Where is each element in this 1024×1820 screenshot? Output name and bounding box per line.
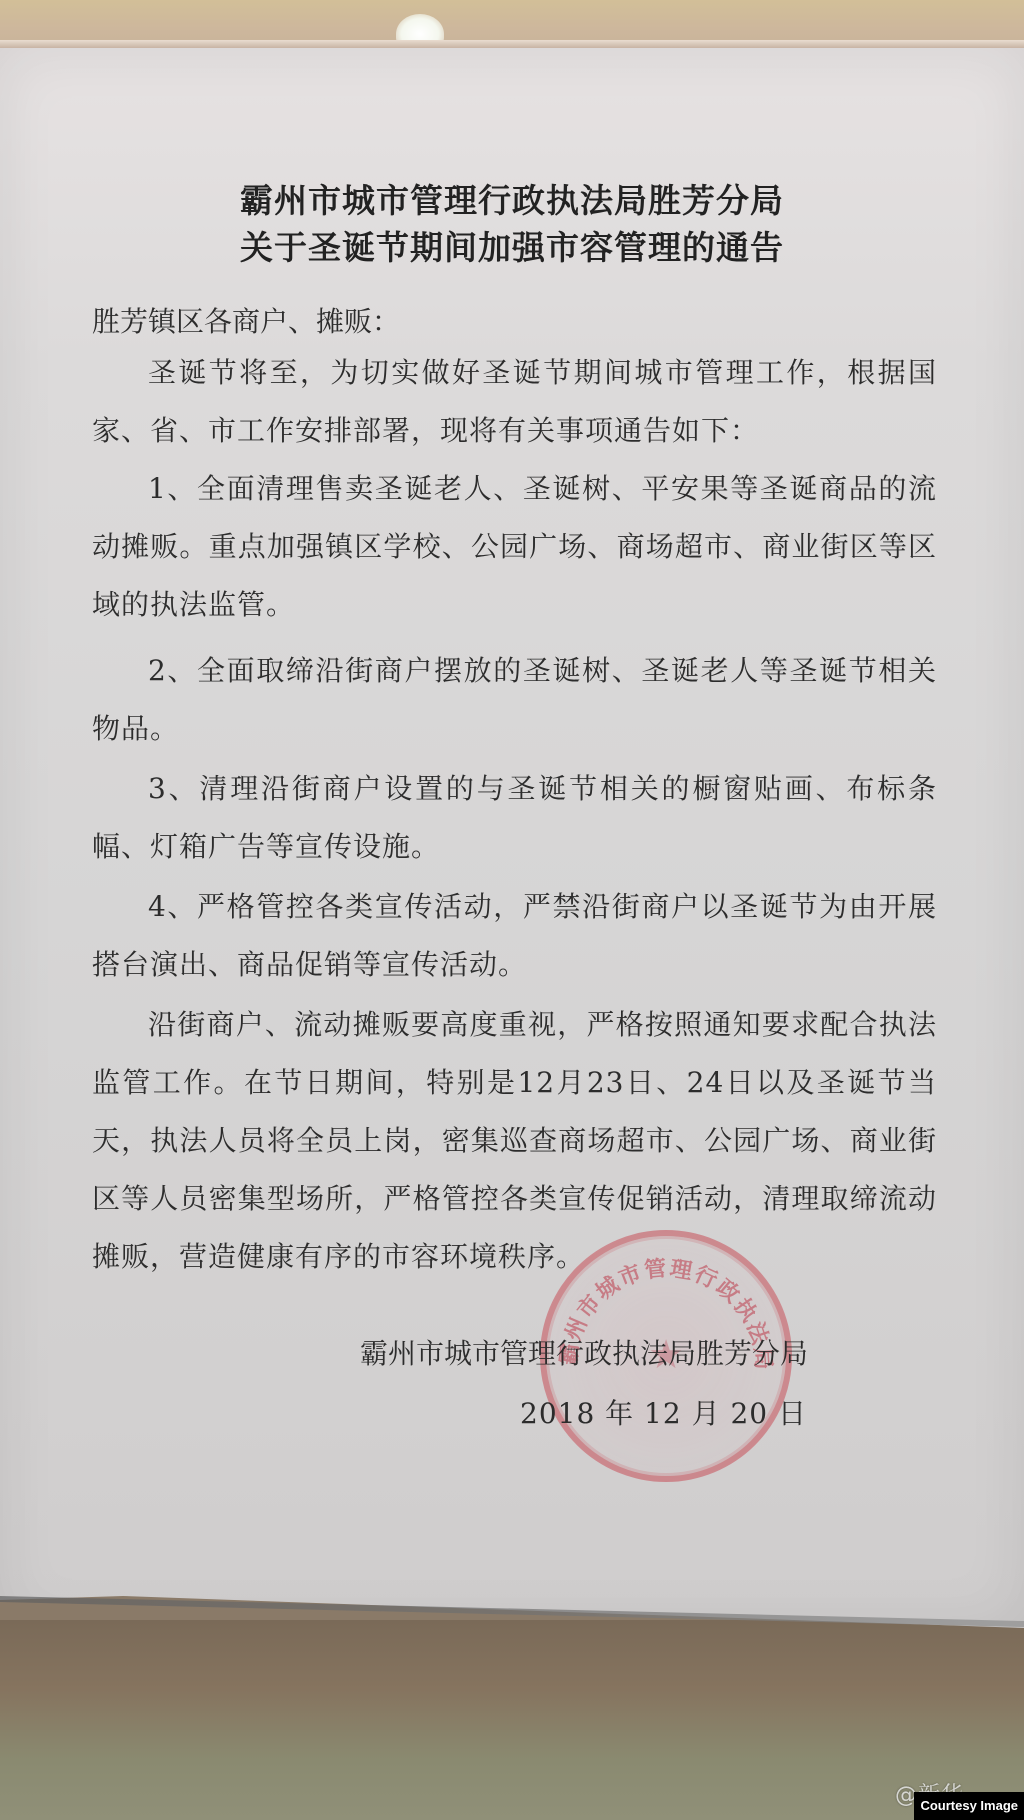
wall-rail xyxy=(0,40,1024,48)
notice-title-line1: 霸州市城市管理行政执法局胜芳分局 xyxy=(0,175,1024,222)
courtesy-label: Courtesy Image xyxy=(914,1792,1024,1820)
signature-date: 2018 年 12 月 20 日 xyxy=(520,1392,807,1432)
paragraph-intro: 圣诞节将至，为切实做好圣诞节期间城市管理工作，根据国家、省、市工作安排部署，现将… xyxy=(92,344,937,460)
paragraph-item-2: 2、全面取缔沿街商户摆放的圣诞树、圣诞老人等圣诞节相关物品。 xyxy=(92,642,937,758)
paragraph-item-4: 4、严格管控各类宣传活动，严禁沿街商户以圣诞节为由开展搭台演出、商品促销等宣传活… xyxy=(92,878,937,994)
paragraph-item-1: 1、全面清理售卖圣诞老人、圣诞树、平安果等圣诞商品的流动摊贩。重点加强镇区学校、… xyxy=(92,460,937,634)
signature-organization: 霸州市城市管理行政执法局胜芳分局 xyxy=(360,1332,808,1372)
floor-background xyxy=(0,1620,1024,1820)
paragraph-item-3: 3、清理沿街商户设置的与圣诞节相关的橱窗贴画、布标条幅、灯箱广告等宣传设施。 xyxy=(92,760,937,876)
notice-title-line2: 关于圣诞节期间加强市容管理的通告 xyxy=(0,222,1024,269)
salutation: 胜芳镇区各商户、摊贩： xyxy=(92,300,400,340)
paragraph-closing: 沿街商户、流动摊贩要高度重视，严格按照通知要求配合执法监管工作。在节日期间，特别… xyxy=(92,996,937,1286)
